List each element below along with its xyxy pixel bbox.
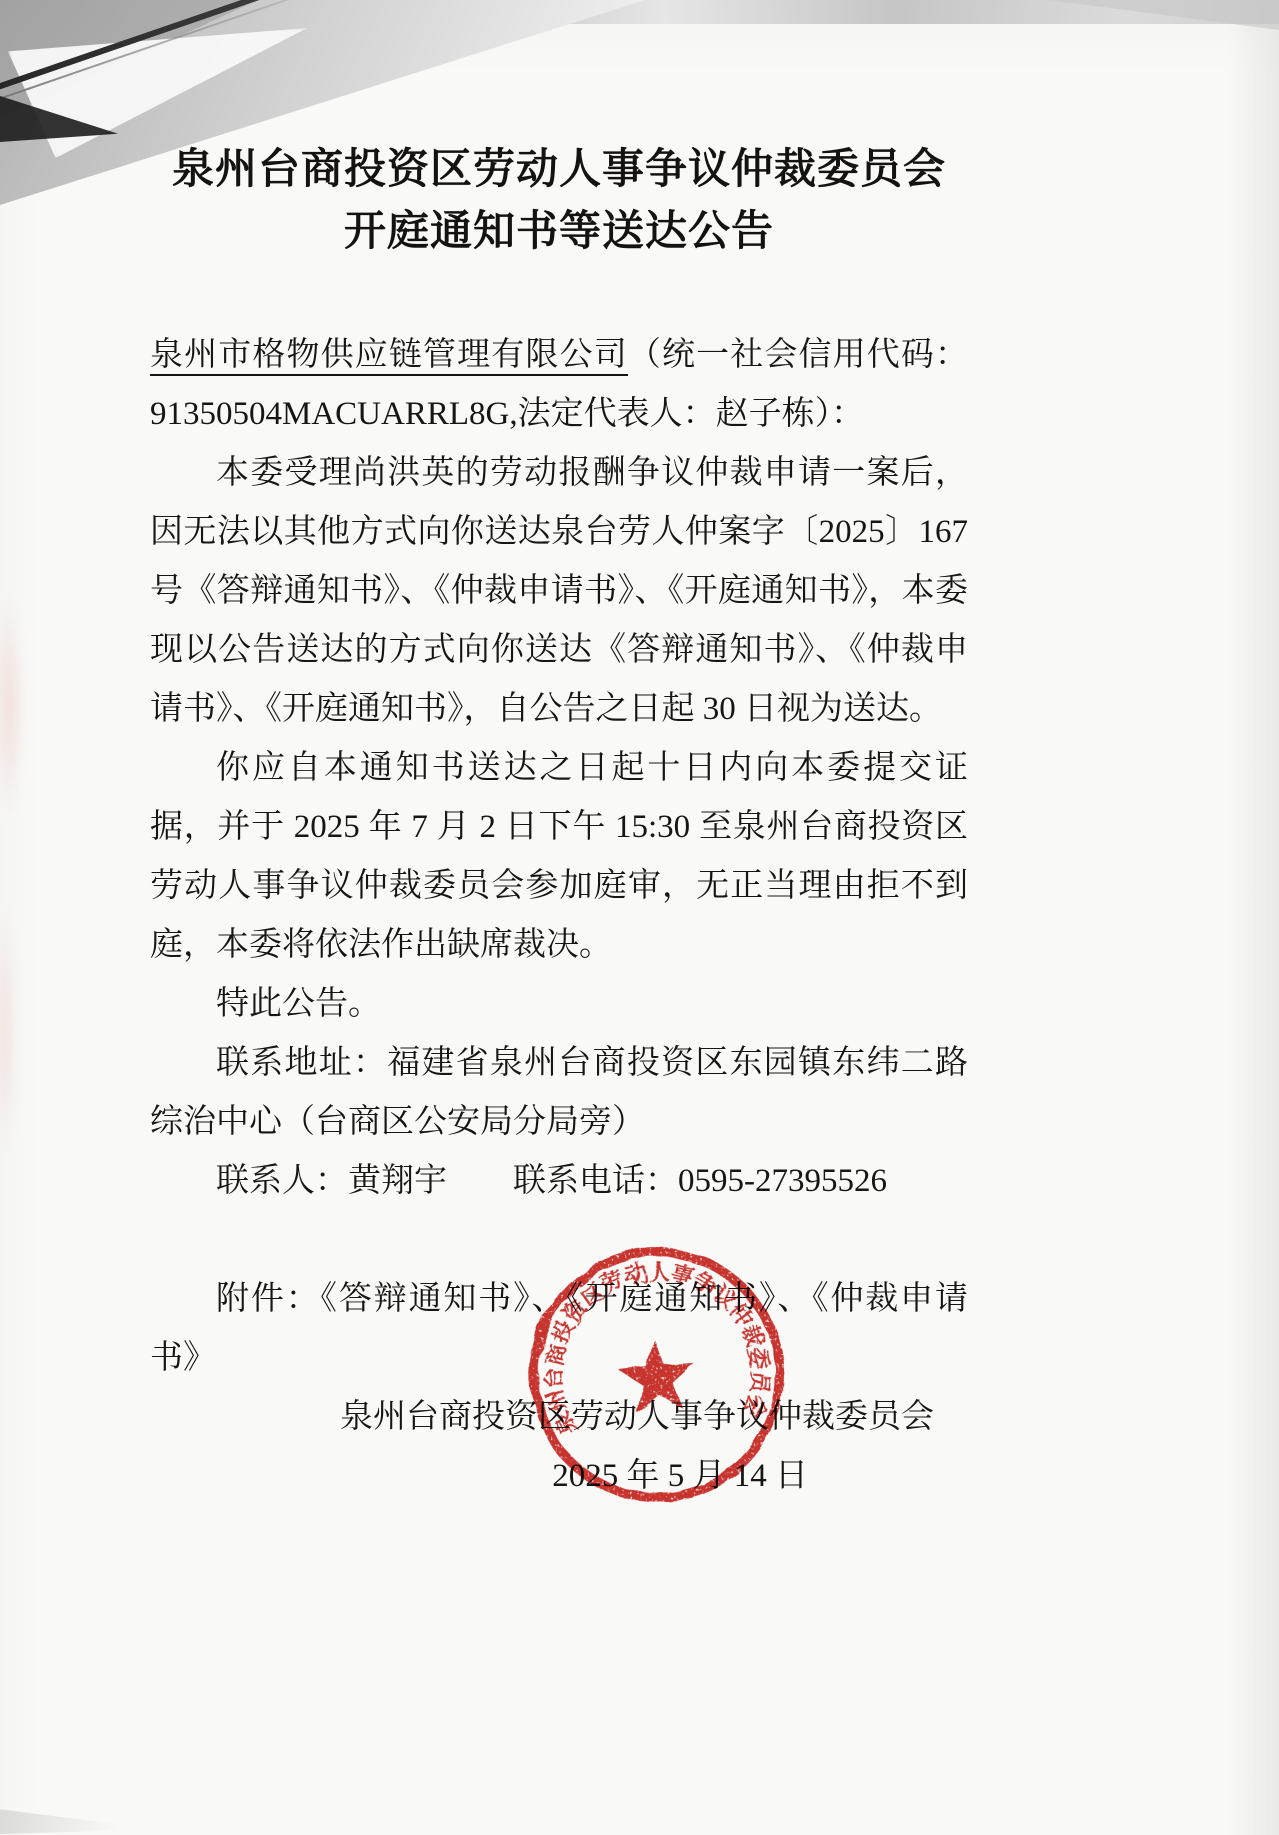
notice-title-line2: 开庭通知书等送达公告 [150,202,968,260]
addressee-paragraph: 泉州市格物供应链管理有限公司（统一社会信用代码：91350504MACUARRL… [150,326,968,444]
paper-smudge [0,900,18,1160]
official-red-seal: 泉州台商投资区劳动人事争议仲裁委员会 [513,1231,801,1519]
body-paragraph-case: 本委受理尚洪英的劳动报酬争议仲裁申请一案后，因无法以其他方式向你送达泉台劳人仲案… [150,444,968,739]
company-name: 泉州市格物供应链管理有限公司 [150,337,628,376]
contact-phone: 联系电话：0595-27395526 [513,1163,887,1199]
seal-star-icon [616,1336,698,1415]
paper-smudge [0,590,24,820]
closing-line: 特此公告。 [150,975,968,1034]
scan-bottom-left-mark [0,1796,160,1834]
contact-address-line: 联系地址：福建省泉州台商投资区东园镇东纬二路综治中心（台商区公安局分局旁） [150,1034,968,1152]
scanned-notice-page: 泉州台商投资区劳动人事争议仲裁委员会 开庭通知书等送达公告 泉州市格物供应链管理… [0,0,1279,1835]
notice-title-line1: 泉州台商投资区劳动人事争议仲裁委员会 [150,140,968,198]
seal-graphic: 泉州台商投资区劳动人事争议仲裁委员会 [513,1231,801,1519]
body-paragraph-hearing: 你应自本通知书送达之日起十日内向本委提交证据，并于 2025 年 7 月 2 日… [150,739,968,975]
contact-person: 联系人：黄翔宇 [216,1163,447,1199]
contact-line: 联系人：黄翔宇联系电话：0595-27395526 [150,1152,968,1211]
